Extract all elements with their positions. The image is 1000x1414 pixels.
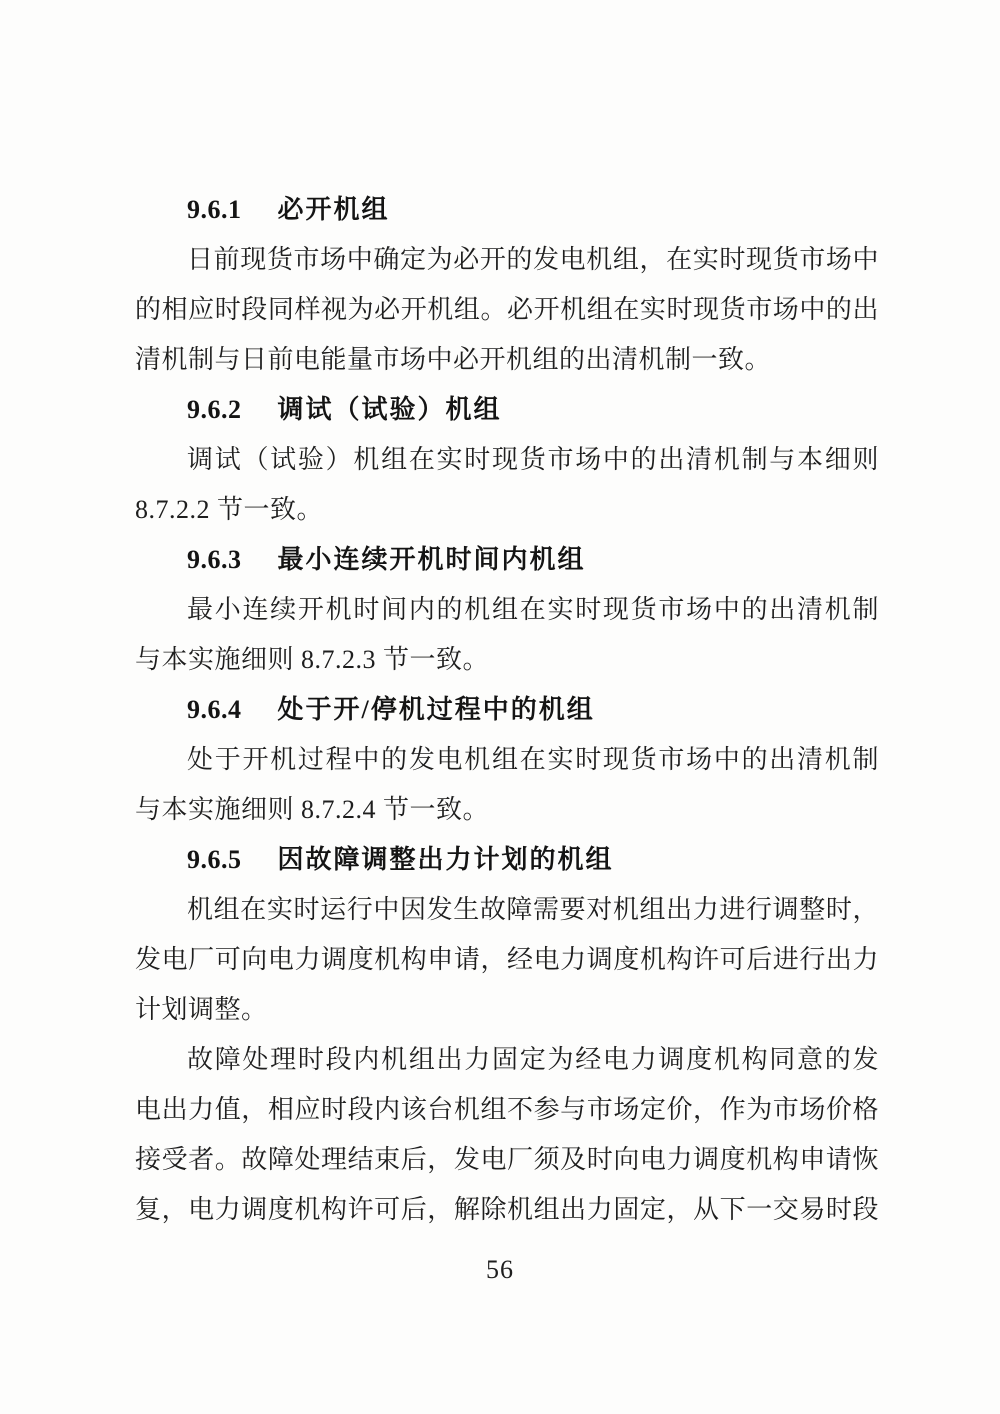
section-number: 9.6.3	[187, 545, 242, 574]
section-heading: 9.6.2调试（试验）机组	[135, 385, 879, 435]
section-heading: 9.6.1必开机组	[135, 185, 879, 235]
text-line: 发电厂可向电力调度机构申请，经电力调度机构许可后进行出力	[135, 935, 879, 985]
text-line: 计划调整。	[135, 985, 879, 1035]
paragraph: 日前现货市场中确定为必开的发电机组，在实时现货市场中 的相应时段同样视为必开机组…	[135, 235, 879, 385]
section-9-6-1: 9.6.1必开机组 日前现货市场中确定为必开的发电机组，在实时现货市场中 的相应…	[135, 185, 879, 385]
section-title: 最小连续开机时间内机组	[278, 545, 586, 574]
text-line: 处于开机过程中的发电机组在实时现货市场中的出清机制	[135, 735, 879, 785]
section-9-6-4: 9.6.4处于开/停机过程中的机组 处于开机过程中的发电机组在实时现货市场中的出…	[135, 685, 879, 835]
section-9-6-2: 9.6.2调试（试验）机组 调试（试验）机组在实时现货市场中的出清机制与本细则 …	[135, 385, 879, 535]
text-line: 的相应时段同样视为必开机组。必开机组在实时现货市场中的出	[135, 285, 879, 335]
section-number: 9.6.4	[187, 695, 242, 724]
section-title: 必开机组	[278, 195, 390, 224]
section-heading: 9.6.5因故障调整出力计划的机组	[135, 835, 879, 885]
paragraph: 处于开机过程中的发电机组在实时现货市场中的出清机制 与本实施细则 8.7.2.4…	[135, 735, 879, 835]
text-line: 8.7.2.2 节一致。	[135, 485, 879, 535]
paragraph: 故障处理时段内机组出力固定为经电力调度机构同意的发 电出力值，相应时段内该台机组…	[135, 1035, 879, 1235]
section-number: 9.6.2	[187, 395, 242, 424]
text-line: 电出力值，相应时段内该台机组不参与市场定价，作为市场价格	[135, 1085, 879, 1135]
page-number: 56	[0, 1252, 1000, 1288]
paragraph: 最小连续开机时间内的机组在实时现货市场中的出清机制 与本实施细则 8.7.2.3…	[135, 585, 879, 685]
text-line: 机组在实时运行中因发生故障需要对机组出力进行调整时，	[135, 885, 879, 935]
text-line: 复，电力调度机构许可后，解除机组出力固定，从下一交易时段	[135, 1185, 879, 1235]
text-line: 与本实施细则 8.7.2.3 节一致。	[135, 635, 879, 685]
document-page: 9.6.1必开机组 日前现货市场中确定为必开的发电机组，在实时现货市场中 的相应…	[0, 0, 1000, 1414]
section-9-6-5: 9.6.5因故障调整出力计划的机组 机组在实时运行中因发生故障需要对机组出力进行…	[135, 835, 879, 1235]
section-title: 因故障调整出力计划的机组	[278, 845, 614, 874]
text-line: 与本实施细则 8.7.2.4 节一致。	[135, 785, 879, 835]
text-line: 调试（试验）机组在实时现货市场中的出清机制与本细则	[135, 435, 879, 485]
section-9-6-3: 9.6.3最小连续开机时间内机组 最小连续开机时间内的机组在实时现货市场中的出清…	[135, 535, 879, 685]
page-content: 9.6.1必开机组 日前现货市场中确定为必开的发电机组，在实时现货市场中 的相应…	[135, 185, 879, 1235]
paragraph: 机组在实时运行中因发生故障需要对机组出力进行调整时， 发电厂可向电力调度机构申请…	[135, 885, 879, 1035]
text-line: 日前现货市场中确定为必开的发电机组，在实时现货市场中	[135, 235, 879, 285]
section-number: 9.6.1	[187, 195, 242, 224]
text-line: 清机制与日前电能量市场中必开机组的出清机制一致。	[135, 335, 879, 385]
section-heading: 9.6.4处于开/停机过程中的机组	[135, 685, 879, 735]
section-number: 9.6.5	[187, 845, 242, 874]
section-heading: 9.6.3最小连续开机时间内机组	[135, 535, 879, 585]
text-line: 故障处理时段内机组出力固定为经电力调度机构同意的发	[135, 1035, 879, 1085]
section-title: 调试（试验）机组	[278, 395, 502, 424]
text-line: 最小连续开机时间内的机组在实时现货市场中的出清机制	[135, 585, 879, 635]
paragraph: 调试（试验）机组在实时现货市场中的出清机制与本细则 8.7.2.2 节一致。	[135, 435, 879, 535]
text-line: 接受者。故障处理结束后，发电厂须及时向电力调度机构申请恢	[135, 1135, 879, 1185]
section-title: 处于开/停机过程中的机组	[278, 695, 595, 724]
